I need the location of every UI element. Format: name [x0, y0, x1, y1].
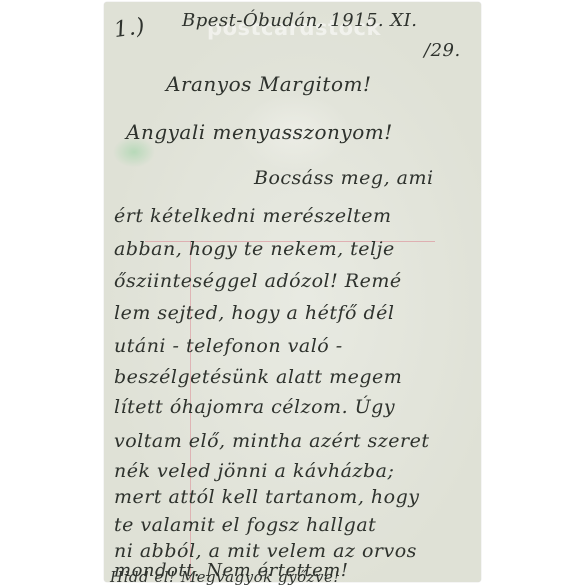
body-line: utáni - telefonon való -	[114, 335, 343, 357]
body-line: lem sejted, hogy a hétfő dél	[114, 302, 394, 324]
body-line: te valamit el fogsz hallgat	[114, 514, 376, 536]
salutation: Aranyos Margitom!	[166, 72, 372, 96]
body-line: mert attól kell tartanom, hogy	[114, 486, 419, 508]
date-day: /29.	[424, 40, 461, 61]
body-line: lített óhajomra célzom. Úgy	[114, 396, 395, 418]
body-line: Bocsáss meg, ami	[254, 167, 434, 189]
body-line: abban, hogy te nekem, telje	[114, 238, 395, 260]
body-line: nék veled jönni a kávházba;	[114, 460, 394, 482]
place-date: Bpest-Óbudán, 1915. XI.	[182, 10, 418, 31]
greeting: Angyali menyasszonyom!	[126, 120, 393, 144]
body-line: ni abból, a mit velem az orvos	[114, 540, 417, 562]
page-number: 1.)	[112, 14, 146, 43]
body-line: ősziinteséggel adózol! Remé	[114, 270, 402, 292]
body-line: beszélgetésünk alatt megem	[114, 366, 402, 388]
body-line: Hidd el! Megvagyok győzve!	[110, 568, 340, 585]
postcard-back: postcardstock 1.) Bpest-Óbudán, 1915. XI…	[104, 2, 481, 582]
body-line: voltam elő, mintha azért szeret	[114, 430, 429, 452]
body-line: ért kételkedni merészeltem	[114, 205, 392, 227]
